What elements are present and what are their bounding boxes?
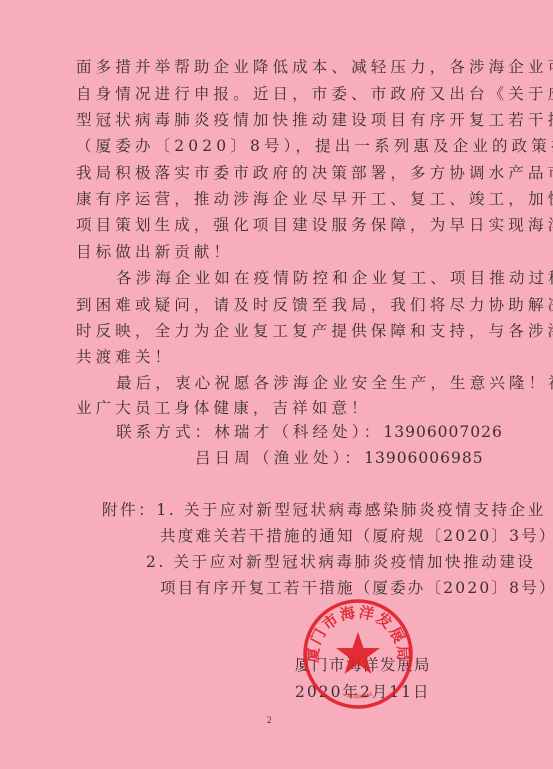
signature-date: 2020年2月11日	[295, 682, 431, 702]
body-line: 型冠状病毒肺炎疫情加快推动建设项目有序开复工若干措施》	[76, 110, 496, 130]
contact-label: 联系方式：	[116, 423, 214, 441]
body-line: 康有序运营，推动涉海企业尽早开工、复工、竣工，加快推进	[76, 189, 496, 209]
body-line: （厦委办〔2020〕8号），提出一系列惠及企业的政策措施。	[76, 136, 496, 156]
body-line: 到困难或疑问，请及时反馈至我局，我们将尽力协助解决和及	[76, 295, 496, 315]
contact-phone: 13906006985	[364, 449, 483, 467]
body-line: 最后，衷心祝愿各涉海企业安全生产，生意兴隆！祝愿企	[116, 373, 536, 393]
contact-name: 吕日周（渔业处）：	[195, 449, 364, 467]
attachment-title: 1. 关于应对新型冠状病毒感染肺炎疫情支持企业	[156, 501, 546, 519]
attachment-line: 2. 关于应对新型冠状病毒肺炎疫情加快推动建设	[146, 552, 486, 572]
attachment-line: 附件：1. 关于应对新型冠状病毒感染肺炎疫情支持企业	[102, 500, 502, 520]
body-line: 我局积极落实市委市政府的决策部署，多方协调水产品市场健	[76, 163, 496, 183]
attachment-line: 共度难关若干措施的通知（厦府规〔2020〕3号）	[160, 526, 500, 546]
contact-line: 吕日周（渔业处）：13906006985	[195, 448, 495, 468]
contact-name: 林瑞才（科经处）：	[214, 423, 383, 441]
body-line: 面多措并举帮助企业降低成本、减轻压力，各涉海企业可结合	[76, 57, 496, 77]
body-line: 自身情况进行申报。近日，市委、市政府又出台《关于应对新	[76, 84, 496, 104]
body-line: 时反映，全力为企业复工复产提供保障和支持，与各涉海企业	[76, 321, 496, 341]
body-line: 业广大员工身体健康，吉祥如意！	[76, 398, 496, 418]
body-line: 目标做出新贡献！	[76, 242, 496, 262]
attachments-label: 附件：	[102, 501, 156, 519]
body-line: 各涉海企业如在疫情防控和企业复工、项目推动过程中遇	[116, 268, 536, 288]
signature-organization: 厦门市海洋发展局	[295, 655, 431, 675]
contact-line: 联系方式：林瑞才（科经处）：13906007026	[116, 422, 496, 442]
document-page: 面多措并举帮助企业降低成本、减轻压力，各涉海企业可结合 自身情况进行申报。近日，…	[0, 0, 553, 769]
body-line: 项目策划生成，强化项目建设服务保障，为早日实现海洋强市	[76, 215, 496, 235]
attachment-line: 项目有序开复工若干措施（厦委办〔2020〕8号）	[160, 578, 500, 598]
body-line: 共渡难关！	[76, 347, 496, 367]
contact-phone: 13906007026	[383, 423, 502, 441]
page-number: 2	[267, 715, 272, 725]
